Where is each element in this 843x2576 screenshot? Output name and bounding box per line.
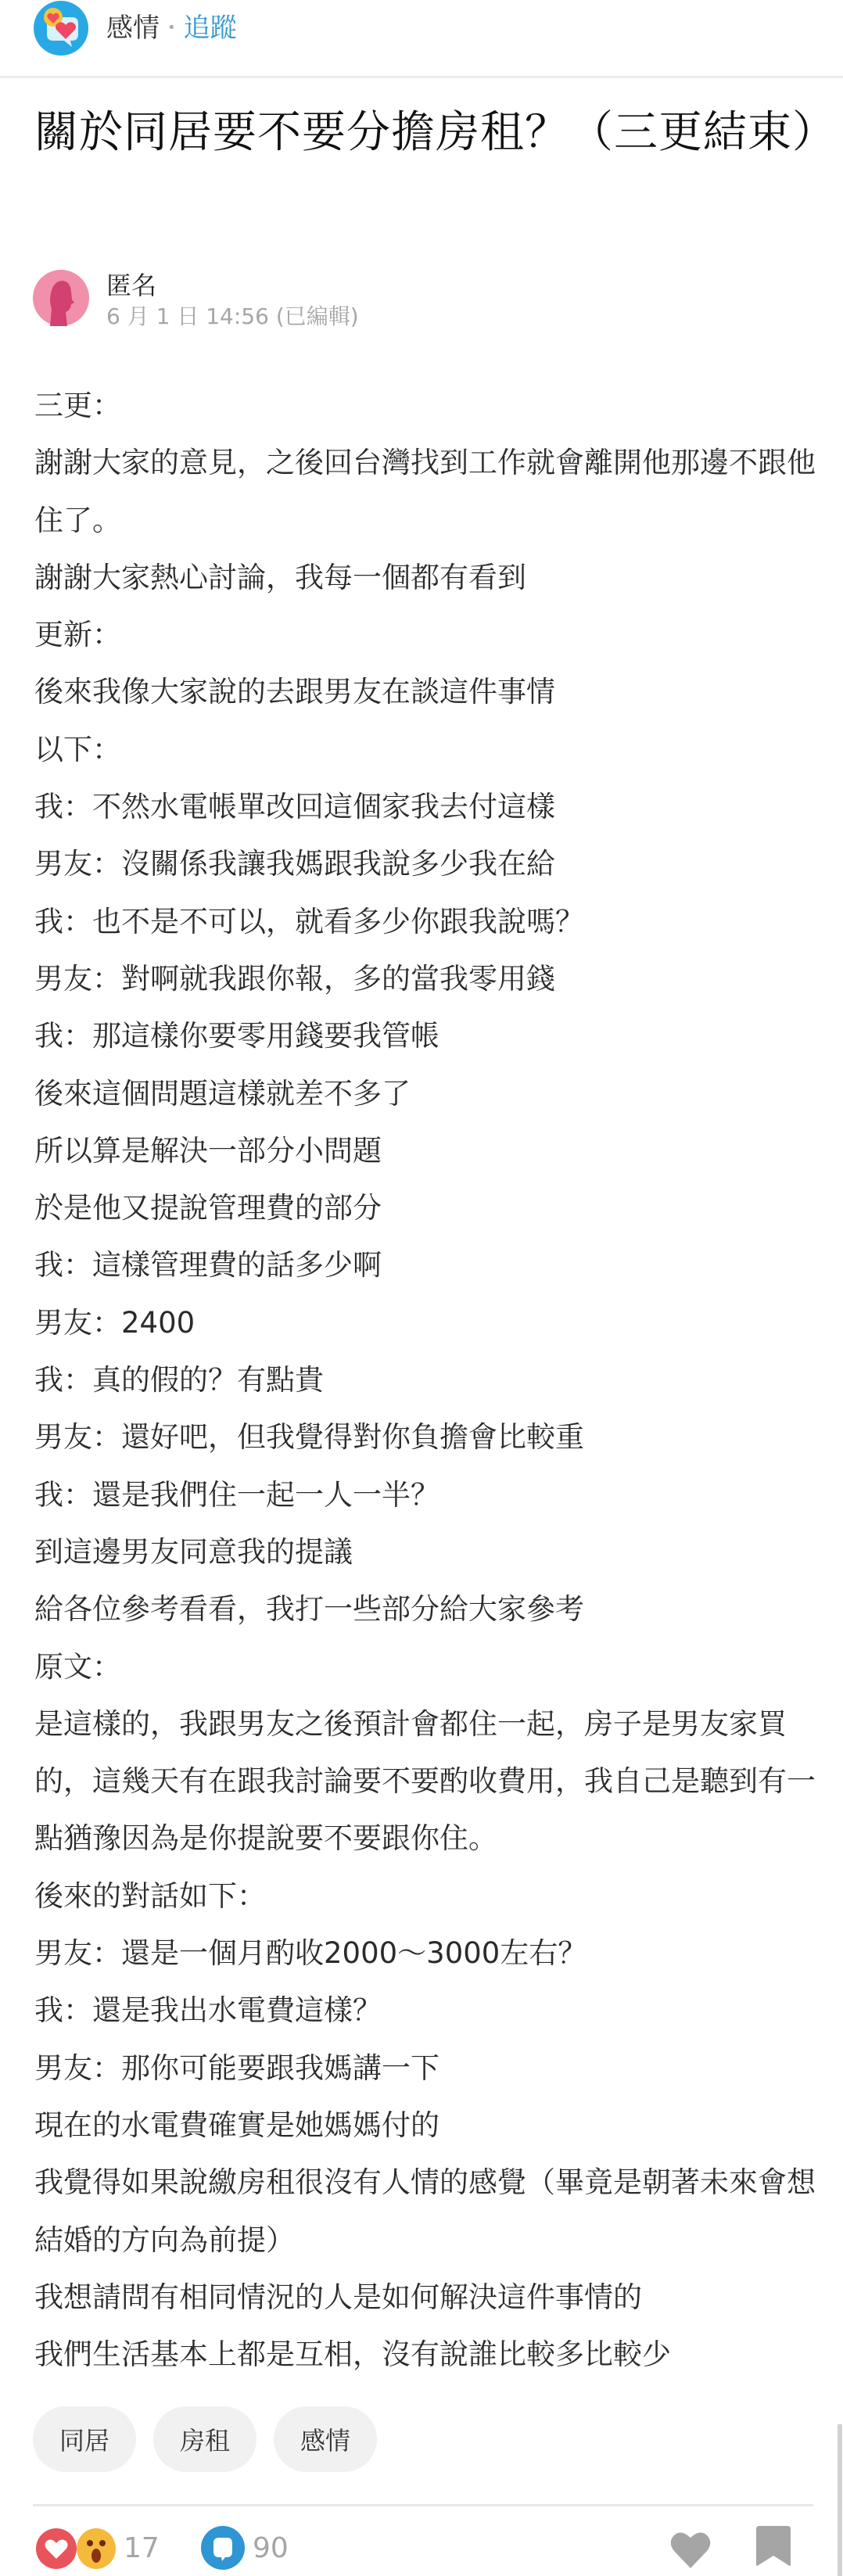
- forum-header: 感情 • 追蹤: [0, 0, 843, 77]
- heart-reaction-icon: [36, 2528, 77, 2569]
- wow-reaction-icon: [77, 2528, 116, 2569]
- body-line: 後來這個問題這樣就差不多了: [34, 1065, 816, 1122]
- body-line: 謝謝大家的意見，之後回台灣找到工作就會離開他那邊不跟他住了。: [34, 434, 816, 549]
- post-page: 感情 • 追蹤 關於同居要不要分擔房租？（三更結束） 匿名 6 月 1 日 14…: [0, 0, 843, 2576]
- body-line: 三更：: [34, 377, 816, 434]
- body-line: 男友：那你可能要跟我媽講一下: [34, 2040, 816, 2097]
- forum-name-link[interactable]: 感情: [106, 9, 160, 47]
- tag-cohabitation[interactable]: 同居: [33, 2406, 136, 2472]
- reaction-icons: [33, 2526, 119, 2570]
- body-line: 是這樣的，我跟男友之後預計會都住一起，房子是男友家買的，這幾天有在跟我討論要不要…: [34, 1695, 816, 1867]
- body-line: 我：也不是不可以，就看多少你跟我說嗎？: [34, 893, 816, 950]
- body-line: 男友：沒關係我讓我媽跟我說多少我在給: [34, 835, 816, 892]
- forum-breadcrumb: 感情 • 追蹤: [106, 9, 237, 47]
- footer-divider: [33, 2504, 813, 2506]
- author-info: 匿名 6 月 1 日 14:56 (已編輯): [106, 270, 359, 328]
- body-line: 男友：還是一個月酌收2000～3000左右？: [34, 1925, 816, 1982]
- tag-relationship[interactable]: 感情: [274, 2406, 377, 2472]
- body-line: 我：這樣管理費的話多少啊: [34, 1236, 816, 1293]
- forum-hearts-chat-icon[interactable]: [33, 0, 89, 56]
- body-line: 我：不然水電帳單改回這個家我去付這樣: [34, 778, 816, 835]
- body-line: 於是他又提說管理費的部分: [34, 1179, 816, 1236]
- post-action-bar: 17 90: [33, 2524, 815, 2571]
- comments-summary[interactable]: 90: [201, 2524, 289, 2571]
- body-line: 我：還是我出水電費這樣？: [34, 1982, 816, 2039]
- comment-bubble-icon: [201, 2526, 245, 2570]
- bookmark-icon[interactable]: [756, 2526, 791, 2567]
- post-title: 關於同居要不要分擔房租？（三更結束）: [34, 99, 816, 167]
- post-body: 三更： 謝謝大家的意見，之後回台灣找到工作就會離開他那邊不跟他住了。 謝謝大家熱…: [34, 377, 816, 2383]
- body-line: 我覺得如果說繳房租很沒有人情的感覺（畢竟是朝著未來會想結婚的方向為前提）: [34, 2154, 816, 2269]
- body-line: 男友：2400: [34, 1294, 816, 1351]
- body-line: 所以算是解決一部分小問題: [34, 1122, 816, 1179]
- body-line: 我想請問有相同情況的人是如何解決這件事情的: [34, 2269, 816, 2326]
- body-line: 給各位參考看看，我打一些部分給大家參考: [34, 1580, 816, 1638]
- post-timestamp: 6 月 1 日 14:56 (已編輯): [106, 303, 359, 331]
- tag-rent[interactable]: 房租: [153, 2406, 256, 2472]
- page-scrollbar[interactable]: [838, 2424, 842, 2576]
- reaction-count: 17: [124, 2532, 160, 2564]
- author-block: 匿名 6 月 1 日 14:56 (已編輯): [33, 270, 359, 328]
- follow-button[interactable]: 追蹤: [184, 9, 237, 47]
- body-line: 到這邊男友同意我的提議: [34, 1523, 816, 1580]
- body-line: 我：那這樣你要零用錢要我管帳: [34, 1007, 816, 1064]
- heart-icon[interactable]: [669, 2529, 712, 2568]
- body-line: 更新：: [34, 606, 816, 663]
- body-line: 原文：: [34, 1638, 816, 1695]
- body-line: 我：真的假的？有點貴: [34, 1351, 816, 1408]
- body-line: 謝謝大家熱心討論，我每一個都有看到: [34, 549, 816, 606]
- comment-count: 90: [253, 2532, 289, 2564]
- body-line: 我：還是我們住一起一人一半？: [34, 1466, 816, 1523]
- body-line: 現在的水電費確實是她媽媽付的: [34, 2097, 816, 2154]
- female-avatar-icon[interactable]: [33, 270, 89, 326]
- body-line: 以下：: [34, 721, 816, 778]
- body-line: 男友：對啊就我跟你報，多的當我零用錢: [34, 950, 816, 1007]
- body-line: 我們生活基本上都是互相，沒有說誰比較多比較少: [34, 2326, 816, 2383]
- reactions-summary[interactable]: 17: [33, 2524, 160, 2571]
- header-divider: [0, 76, 843, 78]
- body-line: 後來的對話如下：: [34, 1867, 816, 1925]
- author-name: 匿名: [106, 270, 359, 301]
- separator-dot: •: [167, 9, 176, 47]
- body-line: 後來我像大家說的去跟男友在談這件事情: [34, 663, 816, 720]
- tag-list: 同居 房租 感情: [33, 2406, 377, 2472]
- body-line: 男友：還好吧，但我覺得對你負擔會比較重: [34, 1408, 816, 1466]
